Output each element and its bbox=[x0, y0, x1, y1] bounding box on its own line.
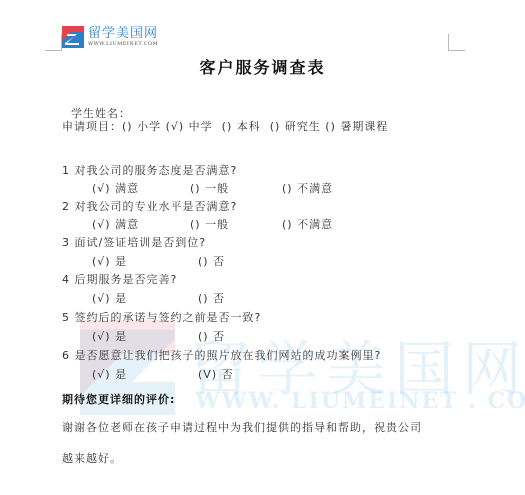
q6-option-yes: (√) 是 bbox=[92, 366, 127, 382]
logo-z-icon bbox=[62, 26, 84, 48]
q3-option-no: () 否 bbox=[198, 253, 225, 269]
watermark-text-en: WWW. LIUMEINET . COM bbox=[195, 388, 525, 414]
q1-option-satisfied: (√) 满意 bbox=[92, 180, 139, 196]
q2-option-average: () 一般 bbox=[190, 216, 229, 232]
q2-option-satisfied: (√) 满意 bbox=[92, 216, 139, 232]
q5-option-no: () 否 bbox=[198, 328, 225, 344]
feedback-text-line-2: 越来越好。 bbox=[62, 450, 122, 466]
q4-option-no: () 否 bbox=[198, 290, 225, 306]
page-corner-mark-left bbox=[45, 34, 62, 51]
logo-name-en: WWW.LIUMEINET.COM bbox=[88, 41, 158, 48]
document-title: 客户服务调查表 bbox=[0, 55, 525, 78]
page-corner-mark-right bbox=[448, 34, 465, 51]
question-3: 3 面试/签证培训是否到位? bbox=[62, 234, 206, 250]
site-logo: 留学美国网 WWW.LIUMEINET.COM bbox=[62, 22, 158, 52]
watermark-text-cn: 留学美国网 bbox=[190, 322, 525, 408]
q1-option-unsatisfied: () 不满意 bbox=[282, 180, 333, 196]
program-line: 申请项目：() 小学 (√) 中学 () 本科 () 研究生 () 暑期课程 bbox=[62, 118, 388, 134]
question-4: 4 后期服务是否完善? bbox=[62, 271, 177, 287]
logo-name-cn: 留学美国网 bbox=[88, 27, 158, 41]
feedback-heading: 期待您更详细的评价: bbox=[62, 391, 175, 407]
q1-option-average: () 一般 bbox=[190, 180, 229, 196]
question-5: 5 签约后的承诺与签约之前是否一致? bbox=[62, 309, 261, 325]
q4-option-yes: (√) 是 bbox=[92, 290, 127, 306]
q5-option-yes: (√) 是 bbox=[92, 328, 127, 344]
q6-option-no: (V) 否 bbox=[198, 366, 234, 382]
question-1: 1 对我公司的服务态度是否满意? bbox=[62, 162, 237, 178]
student-name-row: 学生姓名： bbox=[62, 92, 131, 121]
question-6: 6 是否愿意让我们把孩子的照片放在我们网站的成功案例里? bbox=[62, 347, 381, 363]
q3-option-yes: (√) 是 bbox=[92, 253, 127, 269]
q2-option-unsatisfied: () 不满意 bbox=[282, 216, 333, 232]
question-2: 2 对我公司的专业水平是否满意? bbox=[62, 198, 237, 214]
feedback-text-line-1: 谢谢各位老师在孩子申请过程中为我们提供的指导和帮助，祝贵公司 bbox=[62, 419, 422, 435]
